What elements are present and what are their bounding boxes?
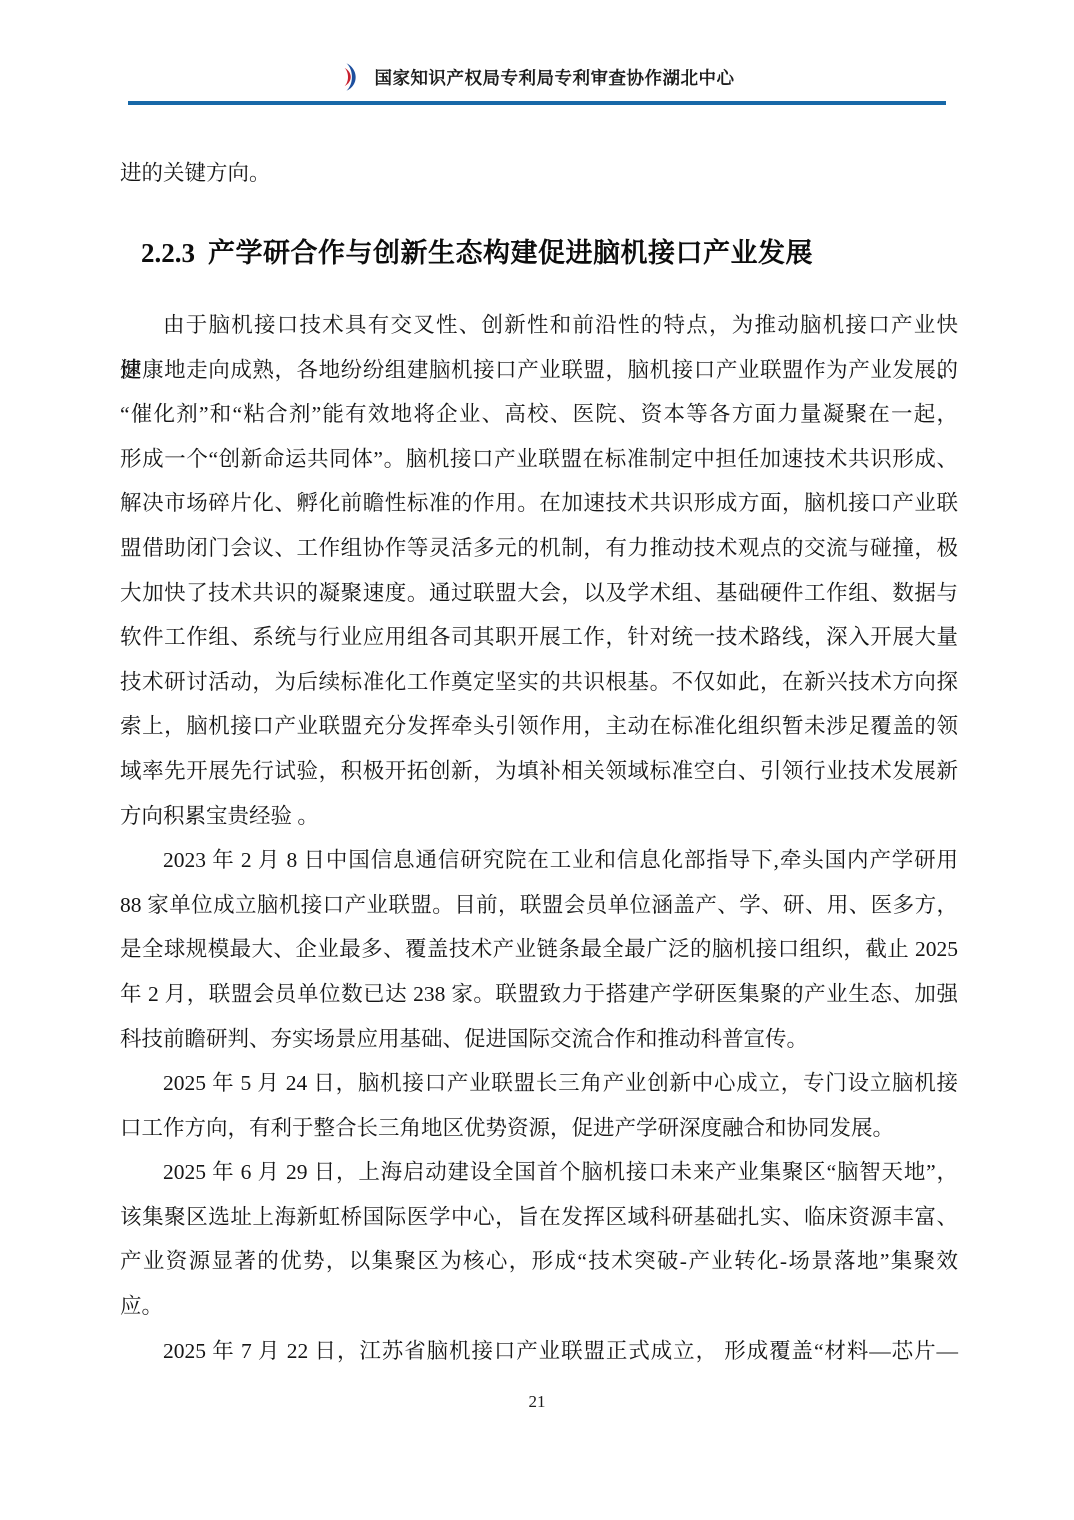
paragraph: 2023 年 2 月 8 日中国信息通信研究院在工业和信息化部指导下,牵头国内产…: [120, 838, 958, 1061]
text-line: 是全球规模最大、企业最多、覆盖技术产业链条最全最广泛的脑机接口组织，截止 202…: [120, 927, 958, 972]
text-line: 2025 年 6 月 29 日，上海启动建设全国首个脑机接口未来产业集聚区“脑智…: [120, 1150, 958, 1195]
page-header: 国家知识产权局专利局专利审查协作湖北中心: [0, 62, 1074, 92]
text-line: 2025 年 5 月 24 日，脑机接口产业联盟长三角产业创新中心成立，专门设立…: [120, 1061, 958, 1106]
text-line: 健康地走向成熟，各地纷纷组建脑机接口产业联盟，脑机接口产业联盟作为产业发展的: [120, 348, 958, 393]
text-line: 应。: [120, 1284, 958, 1329]
text-line: 盟借助闭门会议、工作组协作等灵活多元的机制，有力推动技术观点的交流与碰撞，极: [120, 526, 958, 571]
text-line: 方向积累宝贵经验 。: [120, 794, 958, 839]
text-line: 2025 年 7 月 22 日，江苏省脑机接口产业联盟正式成立， 形成覆盖“材料…: [120, 1329, 958, 1374]
section-number: 2.2.3: [141, 238, 195, 268]
paragraph: 由于脑机接口技术具有交叉性、创新性和前沿性的特点，为推动脑机接口产业快速、健康地…: [120, 303, 958, 838]
section-heading: 2.2.3产学研合作与创新生态构建促进脑机接口产业发展: [141, 231, 813, 270]
org-title: 国家知识产权局专利局专利审查协作湖北中心: [375, 65, 735, 90]
text-line: 科技前瞻研判、夯实场景应用基础、促进国际交流合作和推动科普宣传。: [120, 1017, 958, 1062]
text-line: 88 家单位成立脑机接口产业联盟。目前，联盟会员单位涵盖产、学、研、用、医多方，: [120, 883, 958, 928]
paragraph: 2025 年 5 月 24 日，脑机接口产业联盟长三角产业创新中心成立，专门设立…: [120, 1061, 958, 1150]
text-line: 索上，脑机接口产业联盟充分发挥牵头引领作用，主动在标准化组织暂未涉足覆盖的领: [120, 704, 958, 749]
text-line: 年 2 月，联盟会员单位数已达 238 家。联盟致力于搭建产学研医集聚的产业生态…: [120, 972, 958, 1017]
section-title: 产学研合作与创新生态构建促进脑机接口产业发展: [208, 238, 813, 268]
text-line: 产业资源显著的优势，以集聚区为核心，形成“技术突破-产业转化-场景落地”集聚效: [120, 1239, 958, 1284]
lead-line: 进的关键方向。: [120, 158, 958, 188]
paragraph: 2025 年 6 月 29 日，上海启动建设全国首个脑机接口未来产业集聚区“脑智…: [120, 1150, 958, 1328]
text-line: 技术研讨活动，为后续标准化工作奠定坚实的共识根基。不仅如此，在新兴技术方向探: [120, 660, 958, 705]
text-line: 2023 年 2 月 8 日中国信息通信研究院在工业和信息化部指导下,牵头国内产…: [120, 838, 958, 883]
header-divider-rule: [128, 101, 946, 105]
page-number: 21: [0, 1392, 1074, 1412]
text-line: 由于脑机接口技术具有交叉性、创新性和前沿性的特点，为推动脑机接口产业快速、: [120, 303, 958, 348]
text-line: 域率先开展先行试验，积极开拓创新，为填补相关领域标准空白、引领行业技术发展新: [120, 749, 958, 794]
text-line: 大加快了技术共识的凝聚速度。通过联盟大会，以及学术组、基础硬件工作组、数据与: [120, 571, 958, 616]
text-line: 软件工作组、系统与行业应用组各司其职开展工作，针对统一技术路线，深入开展大量: [120, 615, 958, 660]
paragraph: 2025 年 7 月 22 日，江苏省脑机接口产业联盟正式成立， 形成覆盖“材料…: [120, 1329, 958, 1374]
text-line: “催化剂”和“粘合剂”能有效地将企业、高校、医院、资本等各方面力量凝聚在一起，: [120, 392, 958, 437]
document-page: 国家知识产权局专利局专利审查协作湖北中心 进的关键方向。 2.2.3产学研合作与…: [0, 0, 1074, 1520]
text-line: 口工作方向，有利于整合长三角地区优势资源，促进产学研深度融合和协同发展。: [120, 1106, 958, 1151]
body-paragraphs: 由于脑机接口技术具有交叉性、创新性和前沿性的特点，为推动脑机接口产业快速、健康地…: [120, 303, 958, 1373]
cnipa-swirl-logo-icon: [340, 62, 362, 92]
text-line: 该集聚区选址上海新虹桥国际医学中心，旨在发挥区域科研基础扎实、临床资源丰富、: [120, 1195, 958, 1240]
text-line: 解决市场碎片化、孵化前瞻性标准的作用。在加速技术共识形成方面，脑机接口产业联: [120, 481, 958, 526]
text-line: 形成一个“创新命运共同体”。脑机接口产业联盟在标准制定中担任加速技术共识形成、: [120, 437, 958, 482]
